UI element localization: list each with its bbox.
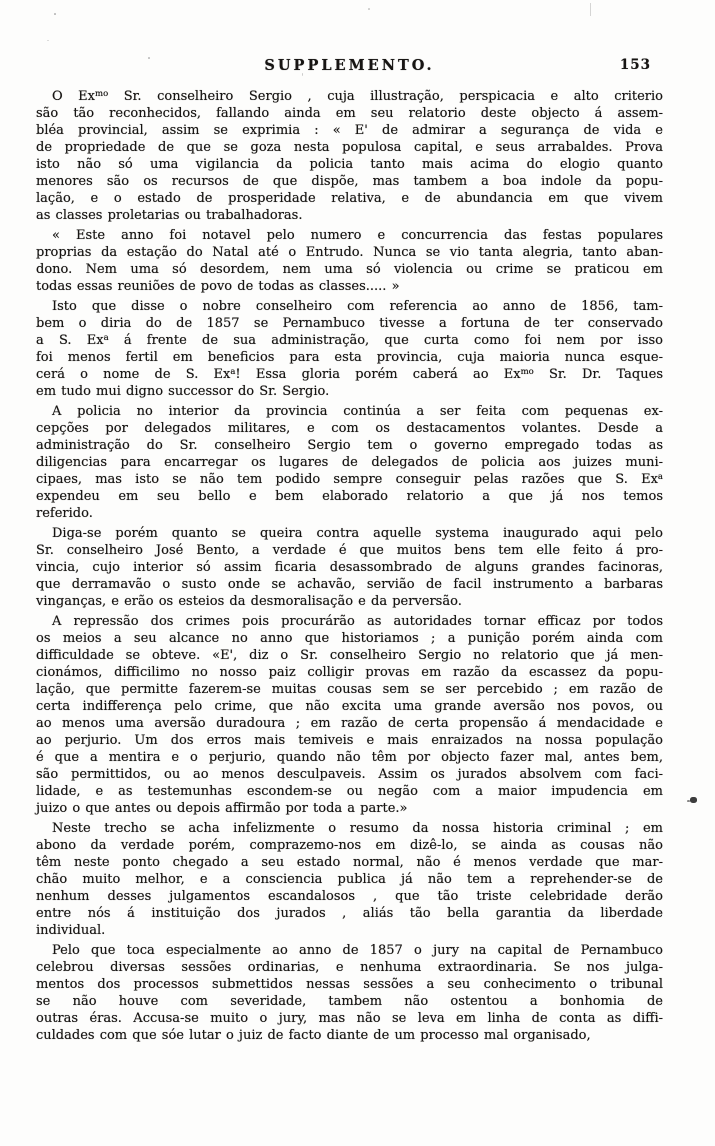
text-line: que derramavão o susto onde se achavão, … — [36, 576, 663, 593]
text-line: « Este anno foi notavel pelo numero e co… — [36, 227, 663, 244]
text-line: proprias da estação do Natal até o Entru… — [36, 244, 663, 261]
superscript: a — [658, 472, 663, 482]
text-line: difficuldade se obteve. «E', diz o Sr. c… — [36, 647, 663, 664]
text-line: A repressão dos crimes pois procurárão a… — [36, 613, 663, 630]
scanned-book-page: SUPPLEMENTO. 153 O Exmo Sr. conselheiro … — [0, 0, 715, 1146]
text-line: têm neste ponto chegado a seu estado nor… — [36, 854, 663, 871]
text-line: todas essas reuniões de povo de todas as… — [36, 278, 663, 295]
text-line: as classes proletarias ou trabalhadoras. — [36, 207, 663, 224]
scan-speck — [590, 3, 591, 16]
text-line: culdades com que sóe lutar o juiz de fac… — [36, 1027, 663, 1044]
text-line: Neste trecho se acha infelizmente o resu… — [36, 820, 663, 837]
text-column: O Exmo Sr. conselheiro Sergio , cuja ill… — [36, 88, 663, 1044]
text-line: administração do Sr. conselheiro Sergio … — [36, 437, 663, 454]
text-line: vincia, cujo interior só assim ficaria d… — [36, 559, 663, 576]
text-line: vinganças, e erão os esteios da desmoral… — [36, 593, 663, 610]
text-line: se não houve com severidade, tambem não … — [36, 993, 663, 1010]
text-line: foi menos fertil em beneficios para esta… — [36, 349, 663, 366]
text-line: são tão reconhecidos, fallando ainda em … — [36, 105, 663, 122]
text-line: cipaes, mas isto se não tem podido sempr… — [36, 471, 663, 488]
scan-speck — [47, 40, 49, 41]
running-head: SUPPLEMENTO. 153 — [36, 57, 663, 77]
scan-speck — [54, 13, 56, 15]
text-line: lação, que permitte fazerem-se muitas co… — [36, 681, 663, 698]
text-line: juizo o que antes ou depois affirmão por… — [36, 800, 663, 817]
scan-speck — [368, 8, 370, 10]
text-line: bem o diria do de 1857 se Pernambuco tiv… — [36, 315, 663, 332]
text-line: ao menos uma aversão duradoura ; em razã… — [36, 715, 663, 732]
text-line: individual. — [36, 922, 663, 939]
text-line: O Exmo Sr. conselheiro Sergio , cuja ill… — [36, 88, 663, 105]
ink-blot — [690, 797, 697, 803]
text-line: lação, e o estado de prosperidade relati… — [36, 190, 663, 207]
text-line: os meios a seu alcance no anno que histo… — [36, 630, 663, 647]
text-line: dono. Nem uma só desordem, nem uma só vi… — [36, 261, 663, 278]
superscript: mo — [521, 367, 534, 377]
text-line: entre nós á instituição dos jurados , al… — [36, 905, 663, 922]
text-line: Isto que disse o nobre conselheiro com r… — [36, 298, 663, 315]
paragraph: Neste trecho se acha infelizmente o resu… — [36, 820, 663, 939]
text-line: A policia no interior da provincia conti… — [36, 403, 663, 420]
text-line: lidade, e as testemunhas escondem-se ou … — [36, 783, 663, 800]
text-line: certa indifferença pelo crime, que não e… — [36, 698, 663, 715]
text-line: em tudo mui digno successor do Sr. Sergi… — [36, 383, 663, 400]
text-line: isto não só uma vigilancia da policia ta… — [36, 156, 663, 173]
text-line: expendeu em seu bello e bem elaborado re… — [36, 488, 663, 505]
paragraph: A repressão dos crimes pois procurárão a… — [36, 613, 663, 817]
text-line: outras éras. Accusa-se muito o jury, mas… — [36, 1010, 663, 1027]
text-line: nenhum desses julgamentos escandalosos ,… — [36, 888, 663, 905]
ink-blot — [687, 800, 690, 802]
scan-speck — [148, 57, 150, 59]
text-line: celebrou diversas sessões ordinarias, e … — [36, 959, 663, 976]
text-line: é que a mentira e o perjurio, quando não… — [36, 749, 663, 766]
text-line: ao perjurio. Um dos erros mais temiveis … — [36, 732, 663, 749]
text-line: Diga-se porém quanto se queira contra aq… — [36, 525, 663, 542]
paragraph: A policia no interior da provincia conti… — [36, 403, 663, 522]
paragraph: Pelo que toca especialmente ao anno de 1… — [36, 942, 663, 1044]
text-line: menores são os recursos de que dispõe, m… — [36, 173, 663, 190]
paragraph: O Exmo Sr. conselheiro Sergio , cuja ill… — [36, 88, 663, 224]
text-line: de propriedade de que se goza nesta popu… — [36, 139, 663, 156]
text-line: cionámos, difficilimo no nosso paiz coll… — [36, 664, 663, 681]
superscript: a — [230, 367, 235, 377]
text-line: referido. — [36, 505, 663, 522]
text-line: bléa provincial, assim se exprimia : « E… — [36, 122, 663, 139]
page-title: SUPPLEMENTO. — [36, 57, 663, 74]
superscript: a — [104, 333, 109, 343]
text-line: mentos dos processos submettidos nessas … — [36, 976, 663, 993]
text-line: chão muito melhor, e a consciencia publi… — [36, 871, 663, 888]
text-line: Sr. conselheiro José Bento, a verdade é … — [36, 542, 663, 559]
text-line: são permittidos, ou ao menos desculpavei… — [36, 766, 663, 783]
text-line: diligencias para encarregar os lugares d… — [36, 454, 663, 471]
text-line: Pelo que toca especialmente ao anno de 1… — [36, 942, 663, 959]
paragraph: « Este anno foi notavel pelo numero e co… — [36, 227, 663, 295]
paragraph: Isto que disse o nobre conselheiro com r… — [36, 298, 663, 400]
page-number: 153 — [620, 57, 651, 73]
text-line: cepções por delegados militares, e com o… — [36, 420, 663, 437]
text-line: cerá o nome de S. Exa! Essa gloria porém… — [36, 366, 663, 383]
paragraph: Diga-se porém quanto se queira contra aq… — [36, 525, 663, 610]
superscript: mo — [95, 89, 108, 99]
text-line: a S. Exa á frente de sua administração, … — [36, 332, 663, 349]
text-line: abono da verdade porém, comprazemo-nos e… — [36, 837, 663, 854]
